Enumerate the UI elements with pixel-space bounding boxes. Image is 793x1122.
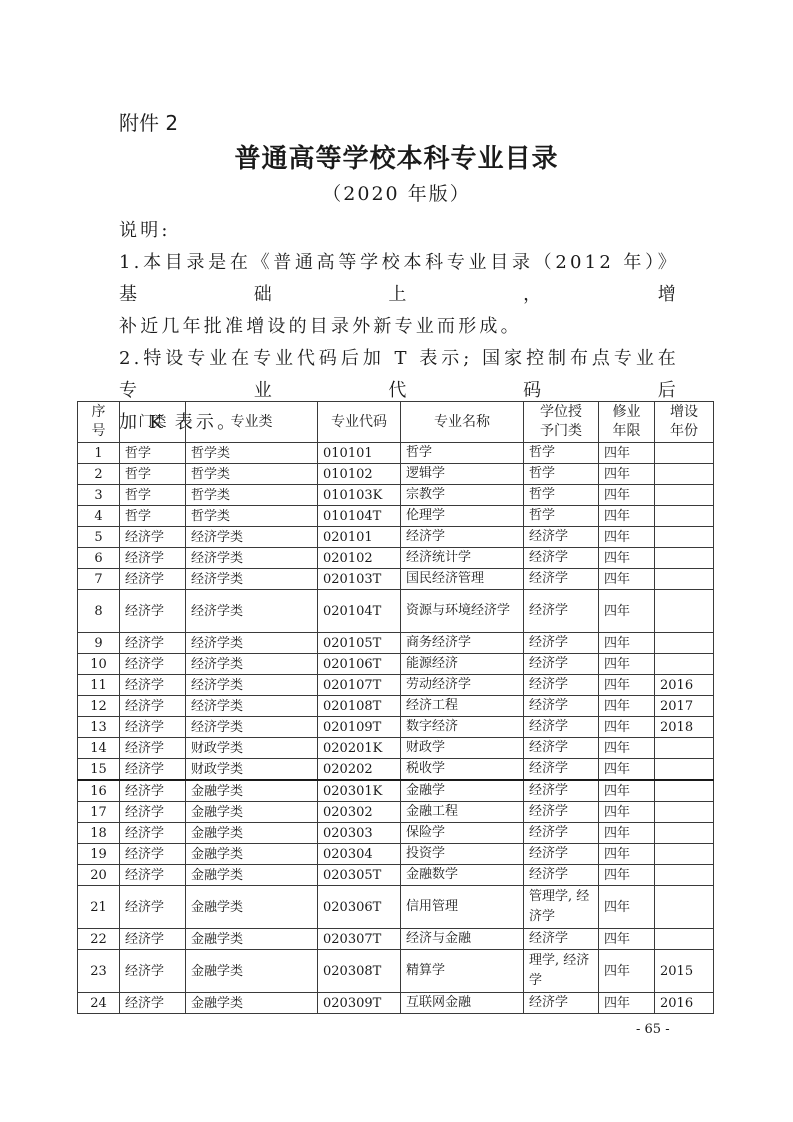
header-major-name: 专业名称 bbox=[401, 402, 524, 443]
category-cell: 经济学 bbox=[120, 569, 186, 590]
study-years-cell: 四年 bbox=[599, 802, 655, 823]
degree-category-cell: 经济学 bbox=[524, 993, 599, 1014]
category-cell: 哲学 bbox=[120, 485, 186, 506]
year-added-cell bbox=[655, 823, 714, 844]
study-years-cell: 四年 bbox=[599, 506, 655, 527]
table-header-row: 序号 门类 专业类 专业代码 专业名称 学位授予门类 修业年限 增设年份 bbox=[78, 402, 714, 443]
serial-no-cell: 7 bbox=[78, 569, 120, 590]
major-name-cell: 逻辑学 bbox=[401, 464, 524, 485]
table-row: 24经济学金融学类020309T互联网金融经济学四年2016 bbox=[78, 993, 714, 1014]
year-added-cell bbox=[655, 844, 714, 865]
major-class-cell: 哲学类 bbox=[186, 506, 318, 527]
study-years-cell: 四年 bbox=[599, 929, 655, 950]
year-added-cell: 2015 bbox=[655, 950, 714, 993]
degree-category-cell: 经济学 bbox=[524, 569, 599, 590]
table-row: 9经济学经济学类020105T商务经济学经济学四年 bbox=[78, 633, 714, 654]
major-code-cell: 010103K bbox=[318, 485, 401, 506]
note-2-line-1: 2.特设专业在专业代码后加 T 表示; 国家控制布点专业在专业代码后 bbox=[119, 343, 679, 407]
major-class-cell: 金融学类 bbox=[186, 865, 318, 886]
major-code-cell: 020308T bbox=[318, 950, 401, 993]
major-code-cell: 020201K bbox=[318, 738, 401, 759]
serial-no-cell: 19 bbox=[78, 844, 120, 865]
category-cell: 经济学 bbox=[120, 780, 186, 802]
major-class-cell: 金融学类 bbox=[186, 780, 318, 802]
major-name-cell: 经济与金融 bbox=[401, 929, 524, 950]
header-major-class: 专业类 bbox=[186, 402, 318, 443]
page-number: - 65 - bbox=[636, 1022, 670, 1037]
year-added-cell bbox=[655, 886, 714, 929]
degree-category-cell: 经济学 bbox=[524, 654, 599, 675]
year-added-cell bbox=[655, 590, 714, 633]
serial-no-cell: 23 bbox=[78, 950, 120, 993]
major-class-cell: 哲学类 bbox=[186, 485, 318, 506]
header-degree-category: 学位授予门类 bbox=[524, 402, 599, 443]
study-years-cell: 四年 bbox=[599, 675, 655, 696]
category-cell: 经济学 bbox=[120, 929, 186, 950]
degree-category-cell: 管理学, 经济学 bbox=[524, 886, 599, 929]
table-row: 11经济学经济学类020107T劳动经济学经济学四年2016 bbox=[78, 675, 714, 696]
table-row: 4哲学哲学类010104T伦理学哲学四年 bbox=[78, 506, 714, 527]
major-code-cell: 020303 bbox=[318, 823, 401, 844]
major-code-cell: 020306T bbox=[318, 886, 401, 929]
table-row: 23经济学金融学类020308T精算学理学, 经济学四年2015 bbox=[78, 950, 714, 993]
major-name-cell: 经济学 bbox=[401, 527, 524, 548]
degree-category-cell: 经济学 bbox=[524, 548, 599, 569]
major-name-cell: 互联网金融 bbox=[401, 993, 524, 1014]
major-class-cell: 金融学类 bbox=[186, 844, 318, 865]
category-cell: 哲学 bbox=[120, 464, 186, 485]
study-years-cell: 四年 bbox=[599, 654, 655, 675]
table-row: 19经济学金融学类020304投资学经济学四年 bbox=[78, 844, 714, 865]
category-cell: 经济学 bbox=[120, 633, 186, 654]
serial-no-cell: 2 bbox=[78, 464, 120, 485]
degree-category-cell: 哲学 bbox=[524, 506, 599, 527]
degree-category-cell: 经济学 bbox=[524, 675, 599, 696]
serial-no-cell: 8 bbox=[78, 590, 120, 633]
major-class-cell: 经济学类 bbox=[186, 569, 318, 590]
major-catalog-table: 序号 门类 专业类 专业代码 专业名称 学位授予门类 修业年限 增设年份 1哲学… bbox=[77, 401, 714, 1014]
major-code-cell: 020309T bbox=[318, 993, 401, 1014]
table-row: 17经济学金融学类020302金融工程经济学四年 bbox=[78, 802, 714, 823]
year-added-cell bbox=[655, 527, 714, 548]
year-added-cell bbox=[655, 802, 714, 823]
degree-category-cell: 经济学 bbox=[524, 527, 599, 548]
study-years-cell: 四年 bbox=[599, 759, 655, 781]
degree-category-cell: 经济学 bbox=[524, 717, 599, 738]
study-years-cell: 四年 bbox=[599, 485, 655, 506]
major-class-cell: 金融学类 bbox=[186, 993, 318, 1014]
serial-no-cell: 12 bbox=[78, 696, 120, 717]
major-code-cell: 020305T bbox=[318, 865, 401, 886]
major-code-cell: 020101 bbox=[318, 527, 401, 548]
year-added-cell bbox=[655, 633, 714, 654]
document-title: 普通高等学校本科专业目录 bbox=[0, 143, 793, 175]
category-cell: 哲学 bbox=[120, 443, 186, 464]
serial-no-cell: 11 bbox=[78, 675, 120, 696]
serial-no-cell: 10 bbox=[78, 654, 120, 675]
serial-no-cell: 4 bbox=[78, 506, 120, 527]
major-name-cell: 财政学 bbox=[401, 738, 524, 759]
year-added-cell bbox=[655, 865, 714, 886]
major-code-cell: 020109T bbox=[318, 717, 401, 738]
major-code-cell: 020302 bbox=[318, 802, 401, 823]
major-name-cell: 投资学 bbox=[401, 844, 524, 865]
table-body: 1哲学哲学类010101哲学哲学四年2哲学哲学类010102逻辑学哲学四年3哲学… bbox=[78, 443, 714, 1014]
major-code-cell: 020103T bbox=[318, 569, 401, 590]
serial-no-cell: 17 bbox=[78, 802, 120, 823]
degree-category-cell: 经济学 bbox=[524, 802, 599, 823]
note-1-line-1: 1.本目录是在《普通高等学校本科专业目录（2012 年）》基础上，增 bbox=[119, 247, 679, 311]
major-name-cell: 信用管理 bbox=[401, 886, 524, 929]
major-name-cell: 资源与环境经济学 bbox=[401, 590, 524, 633]
serial-no-cell: 24 bbox=[78, 993, 120, 1014]
major-class-cell: 经济学类 bbox=[186, 654, 318, 675]
study-years-cell: 四年 bbox=[599, 865, 655, 886]
degree-category-cell: 哲学 bbox=[524, 443, 599, 464]
year-added-cell bbox=[655, 464, 714, 485]
table-row: 16经济学金融学类020301K金融学经济学四年 bbox=[78, 780, 714, 802]
year-added-cell bbox=[655, 929, 714, 950]
edition-label: （2020 年版） bbox=[0, 181, 793, 207]
major-class-cell: 经济学类 bbox=[186, 590, 318, 633]
category-cell: 经济学 bbox=[120, 802, 186, 823]
year-added-cell bbox=[655, 506, 714, 527]
major-name-cell: 金融工程 bbox=[401, 802, 524, 823]
serial-no-cell: 9 bbox=[78, 633, 120, 654]
study-years-cell: 四年 bbox=[599, 696, 655, 717]
serial-no-cell: 22 bbox=[78, 929, 120, 950]
category-cell: 经济学 bbox=[120, 993, 186, 1014]
table-row: 10经济学经济学类020106T能源经济经济学四年 bbox=[78, 654, 714, 675]
category-cell: 经济学 bbox=[120, 717, 186, 738]
table-row: 14经济学财政学类020201K财政学经济学四年 bbox=[78, 738, 714, 759]
major-code-cell: 020202 bbox=[318, 759, 401, 781]
serial-no-cell: 6 bbox=[78, 548, 120, 569]
major-name-cell: 能源经济 bbox=[401, 654, 524, 675]
notes-heading: 说明: bbox=[119, 215, 679, 247]
major-class-cell: 经济学类 bbox=[186, 548, 318, 569]
degree-category-cell: 经济学 bbox=[524, 738, 599, 759]
category-cell: 经济学 bbox=[120, 738, 186, 759]
table-row: 15经济学财政学类020202税收学经济学四年 bbox=[78, 759, 714, 781]
major-name-cell: 宗教学 bbox=[401, 485, 524, 506]
degree-category-cell: 经济学 bbox=[524, 844, 599, 865]
major-class-cell: 财政学类 bbox=[186, 759, 318, 781]
study-years-cell: 四年 bbox=[599, 464, 655, 485]
major-name-cell: 经济统计学 bbox=[401, 548, 524, 569]
major-code-cell: 010104T bbox=[318, 506, 401, 527]
degree-category-cell: 经济学 bbox=[524, 780, 599, 802]
major-class-cell: 经济学类 bbox=[186, 675, 318, 696]
major-class-cell: 金融学类 bbox=[186, 802, 318, 823]
header-category: 门类 bbox=[120, 402, 186, 443]
serial-no-cell: 16 bbox=[78, 780, 120, 802]
major-code-cell: 020107T bbox=[318, 675, 401, 696]
major-name-cell: 国民经济管理 bbox=[401, 569, 524, 590]
year-added-cell: 2017 bbox=[655, 696, 714, 717]
category-cell: 经济学 bbox=[120, 823, 186, 844]
major-name-cell: 金融学 bbox=[401, 780, 524, 802]
major-name-cell: 商务经济学 bbox=[401, 633, 524, 654]
degree-category-cell: 经济学 bbox=[524, 759, 599, 781]
major-code-cell: 020307T bbox=[318, 929, 401, 950]
serial-no-cell: 21 bbox=[78, 886, 120, 929]
note-1-line-2: 补近几年批准增设的目录外新专业而形成。 bbox=[119, 311, 679, 343]
serial-no-cell: 20 bbox=[78, 865, 120, 886]
degree-category-cell: 理学, 经济学 bbox=[524, 950, 599, 993]
major-class-cell: 财政学类 bbox=[186, 738, 318, 759]
study-years-cell: 四年 bbox=[599, 780, 655, 802]
major-code-cell: 020304 bbox=[318, 844, 401, 865]
major-code-cell: 020104T bbox=[318, 590, 401, 633]
category-cell: 经济学 bbox=[120, 950, 186, 993]
major-code-cell: 020106T bbox=[318, 654, 401, 675]
serial-no-cell: 15 bbox=[78, 759, 120, 781]
serial-no-cell: 13 bbox=[78, 717, 120, 738]
study-years-cell: 四年 bbox=[599, 993, 655, 1014]
table-row: 7经济学经济学类020103T国民经济管理经济学四年 bbox=[78, 569, 714, 590]
table-row: 21经济学金融学类020306T信用管理管理学, 经济学四年 bbox=[78, 886, 714, 929]
year-added-cell: 2016 bbox=[655, 675, 714, 696]
year-added-cell bbox=[655, 443, 714, 464]
major-class-cell: 经济学类 bbox=[186, 633, 318, 654]
year-added-cell bbox=[655, 548, 714, 569]
header-serial-no: 序号 bbox=[78, 402, 120, 443]
major-name-cell: 税收学 bbox=[401, 759, 524, 781]
major-class-cell: 哲学类 bbox=[186, 464, 318, 485]
serial-no-cell: 1 bbox=[78, 443, 120, 464]
table-row: 8经济学经济学类020104T资源与环境经济学经济学四年 bbox=[78, 590, 714, 633]
major-name-cell: 精算学 bbox=[401, 950, 524, 993]
category-cell: 经济学 bbox=[120, 844, 186, 865]
year-added-cell bbox=[655, 759, 714, 781]
degree-category-cell: 哲学 bbox=[524, 485, 599, 506]
category-cell: 经济学 bbox=[120, 590, 186, 633]
major-class-cell: 哲学类 bbox=[186, 443, 318, 464]
category-cell: 经济学 bbox=[120, 759, 186, 781]
major-class-cell: 金融学类 bbox=[186, 823, 318, 844]
table-row: 3哲学哲学类010103K宗教学哲学四年 bbox=[78, 485, 714, 506]
attachment-label: 附件 2 bbox=[119, 111, 178, 135]
major-name-cell: 哲学 bbox=[401, 443, 524, 464]
degree-category-cell: 经济学 bbox=[524, 865, 599, 886]
table-row: 12经济学经济学类020108T经济工程经济学四年2017 bbox=[78, 696, 714, 717]
category-cell: 经济学 bbox=[120, 865, 186, 886]
major-name-cell: 保险学 bbox=[401, 823, 524, 844]
major-code-cell: 020102 bbox=[318, 548, 401, 569]
study-years-cell: 四年 bbox=[599, 527, 655, 548]
serial-no-cell: 3 bbox=[78, 485, 120, 506]
serial-no-cell: 14 bbox=[78, 738, 120, 759]
category-cell: 经济学 bbox=[120, 548, 186, 569]
header-major-code: 专业代码 bbox=[318, 402, 401, 443]
study-years-cell: 四年 bbox=[599, 569, 655, 590]
category-cell: 经济学 bbox=[120, 527, 186, 548]
study-years-cell: 四年 bbox=[599, 844, 655, 865]
major-name-cell: 金融数学 bbox=[401, 865, 524, 886]
year-added-cell bbox=[655, 780, 714, 802]
study-years-cell: 四年 bbox=[599, 823, 655, 844]
year-added-cell bbox=[655, 569, 714, 590]
degree-category-cell: 哲学 bbox=[524, 464, 599, 485]
table-row: 18经济学金融学类020303保险学经济学四年 bbox=[78, 823, 714, 844]
year-added-cell: 2016 bbox=[655, 993, 714, 1014]
degree-category-cell: 经济学 bbox=[524, 590, 599, 633]
category-cell: 经济学 bbox=[120, 696, 186, 717]
table-row: 1哲学哲学类010101哲学哲学四年 bbox=[78, 443, 714, 464]
major-class-cell: 经济学类 bbox=[186, 527, 318, 548]
year-added-cell bbox=[655, 654, 714, 675]
major-class-cell: 经济学类 bbox=[186, 696, 318, 717]
table-row: 20经济学金融学类020305T金融数学经济学四年 bbox=[78, 865, 714, 886]
serial-no-cell: 18 bbox=[78, 823, 120, 844]
major-name-cell: 劳动经济学 bbox=[401, 675, 524, 696]
degree-category-cell: 经济学 bbox=[524, 823, 599, 844]
table-row: 5经济学经济学类020101经济学经济学四年 bbox=[78, 527, 714, 548]
major-name-cell: 经济工程 bbox=[401, 696, 524, 717]
study-years-cell: 四年 bbox=[599, 590, 655, 633]
table-row: 2哲学哲学类010102逻辑学哲学四年 bbox=[78, 464, 714, 485]
serial-no-cell: 5 bbox=[78, 527, 120, 548]
major-code-cell: 010102 bbox=[318, 464, 401, 485]
degree-category-cell: 经济学 bbox=[524, 696, 599, 717]
category-cell: 经济学 bbox=[120, 675, 186, 696]
category-cell: 哲学 bbox=[120, 506, 186, 527]
table-row: 13经济学经济学类020109T数字经济经济学四年2018 bbox=[78, 717, 714, 738]
major-class-cell: 金融学类 bbox=[186, 886, 318, 929]
study-years-cell: 四年 bbox=[599, 886, 655, 929]
major-class-cell: 金融学类 bbox=[186, 929, 318, 950]
major-name-cell: 伦理学 bbox=[401, 506, 524, 527]
major-class-cell: 经济学类 bbox=[186, 717, 318, 738]
study-years-cell: 四年 bbox=[599, 950, 655, 993]
degree-category-cell: 经济学 bbox=[524, 633, 599, 654]
major-code-cell: 020105T bbox=[318, 633, 401, 654]
year-added-cell bbox=[655, 485, 714, 506]
year-added-cell bbox=[655, 738, 714, 759]
major-code-cell: 020301K bbox=[318, 780, 401, 802]
category-cell: 经济学 bbox=[120, 886, 186, 929]
study-years-cell: 四年 bbox=[599, 548, 655, 569]
header-study-years: 修业年限 bbox=[599, 402, 655, 443]
degree-category-cell: 经济学 bbox=[524, 929, 599, 950]
year-added-cell: 2018 bbox=[655, 717, 714, 738]
major-name-cell: 数字经济 bbox=[401, 717, 524, 738]
major-code-cell: 020108T bbox=[318, 696, 401, 717]
table-row: 6经济学经济学类020102经济统计学经济学四年 bbox=[78, 548, 714, 569]
study-years-cell: 四年 bbox=[599, 738, 655, 759]
study-years-cell: 四年 bbox=[599, 633, 655, 654]
header-year-added: 增设年份 bbox=[655, 402, 714, 443]
study-years-cell: 四年 bbox=[599, 443, 655, 464]
table-row: 22经济学金融学类020307T经济与金融经济学四年 bbox=[78, 929, 714, 950]
major-code-cell: 010101 bbox=[318, 443, 401, 464]
major-class-cell: 金融学类 bbox=[186, 950, 318, 993]
category-cell: 经济学 bbox=[120, 654, 186, 675]
study-years-cell: 四年 bbox=[599, 717, 655, 738]
